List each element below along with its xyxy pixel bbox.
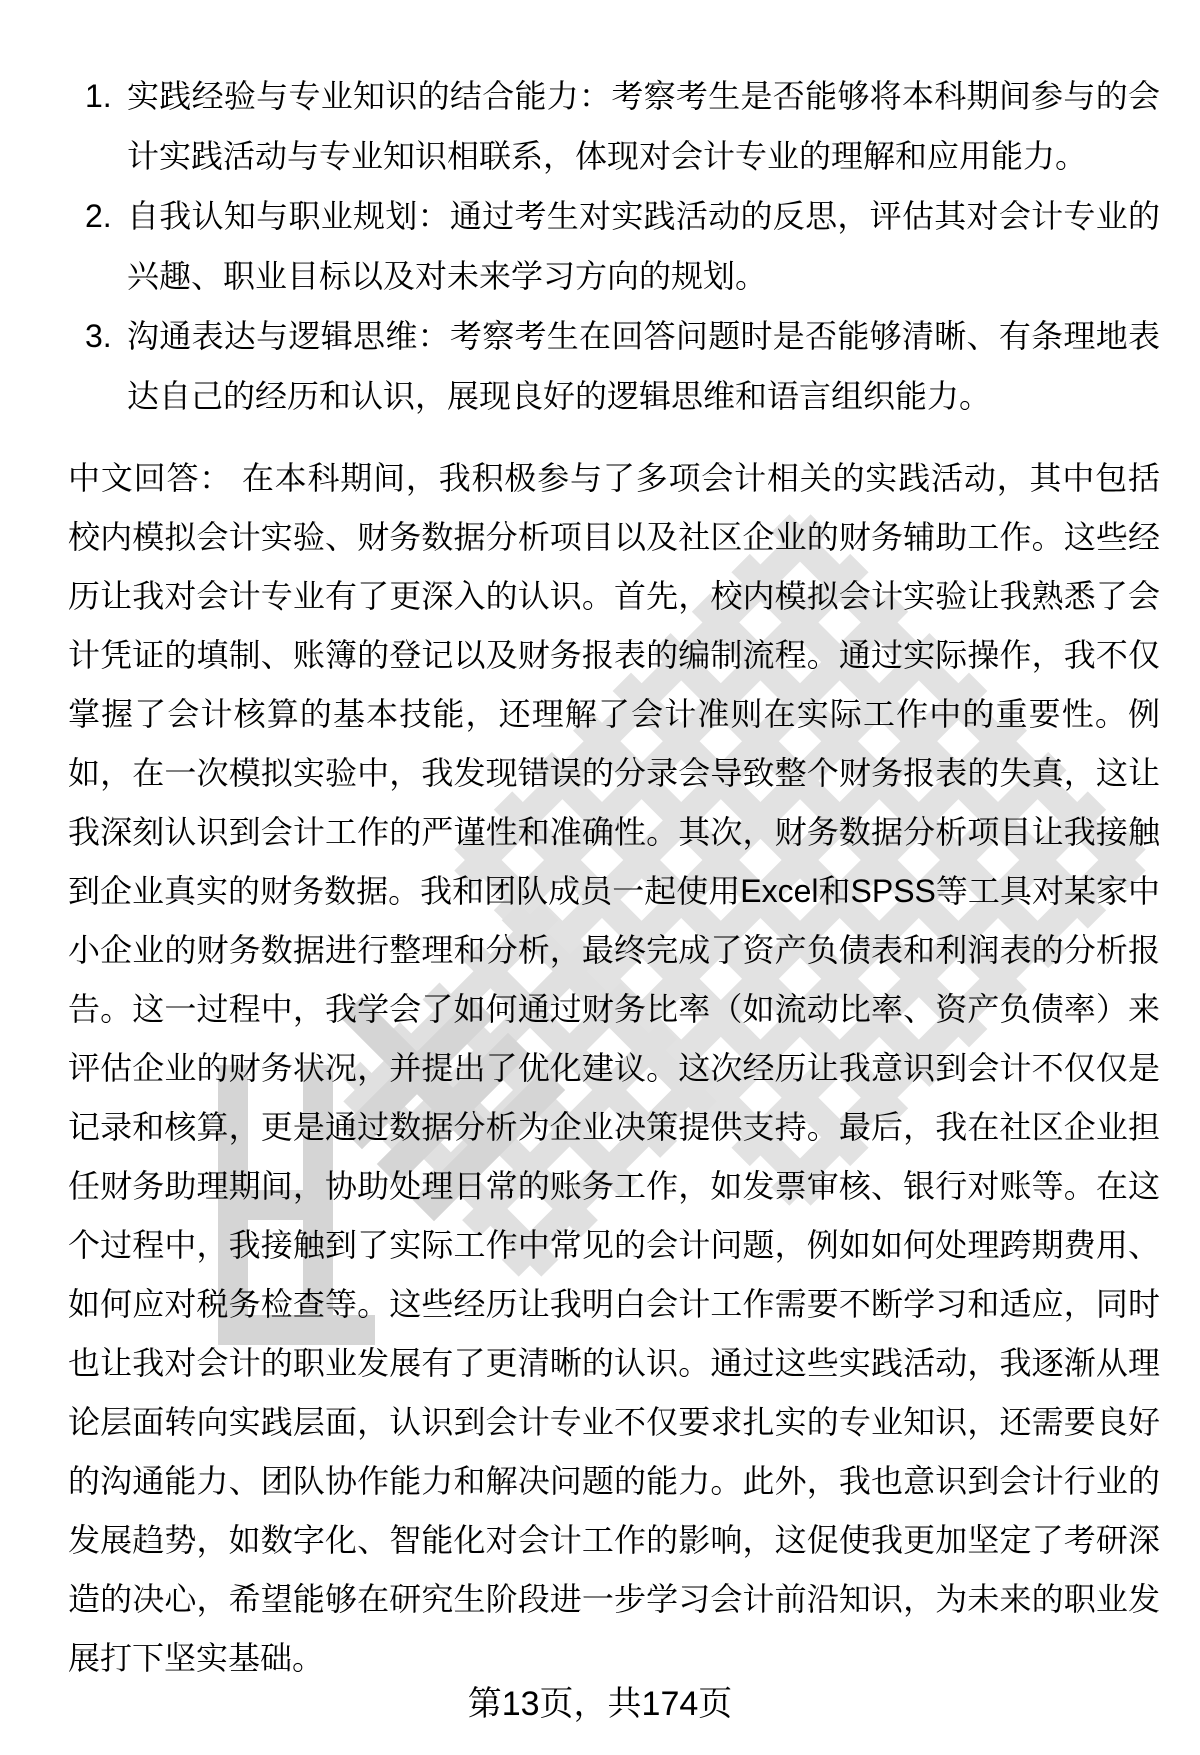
chinese-answer-paragraph: 中文回答： 在本科期间，我积极参与了多项会计相关的实践活动，其中包括校内模拟会计… (68, 449, 1160, 1688)
list-item-text: 沟通表达与逻辑思维：考察考生在回答问题时是否能够清晰、有条理地表达自己的经历和认… (127, 318, 1160, 414)
list-item: 3. 沟通表达与逻辑思维：考察考生在回答问题时是否能够清晰、有条理地表达自己的经… (68, 306, 1160, 426)
evaluation-criteria-list: 1. 实践经验与专业知识的结合能力：考察考生是否能够将本科期间参与的会计实践活动… (68, 66, 1160, 426)
page-number-indicator: 第13页，共174页 (0, 1684, 1200, 1724)
list-item-number: 1. (85, 66, 112, 126)
document-page: 1. 实践经验与专业知识的结合能力：考察考生是否能够将本科期间参与的会计实践活动… (0, 0, 1200, 1755)
list-item-text: 自我认知与职业规划：通过考生对实践活动的反思，评估其对会计专业的兴趣、职业目标以… (127, 198, 1160, 294)
list-item: 1. 实践经验与专业知识的结合能力：考察考生是否能够将本科期间参与的会计实践活动… (68, 66, 1160, 186)
list-item: 2. 自我认知与职业规划：通过考生对实践活动的反思，评估其对会计专业的兴趣、职业… (68, 186, 1160, 306)
list-item-number: 3. (85, 306, 112, 366)
document-body: 1. 实践经验与专业知识的结合能力：考察考生是否能够将本科期间参与的会计实践活动… (68, 0, 1160, 1688)
list-item-number: 2. (85, 186, 112, 246)
list-item-text: 实践经验与专业知识的结合能力：考察考生是否能够将本科期间参与的会计实践活动与专业… (127, 78, 1160, 174)
